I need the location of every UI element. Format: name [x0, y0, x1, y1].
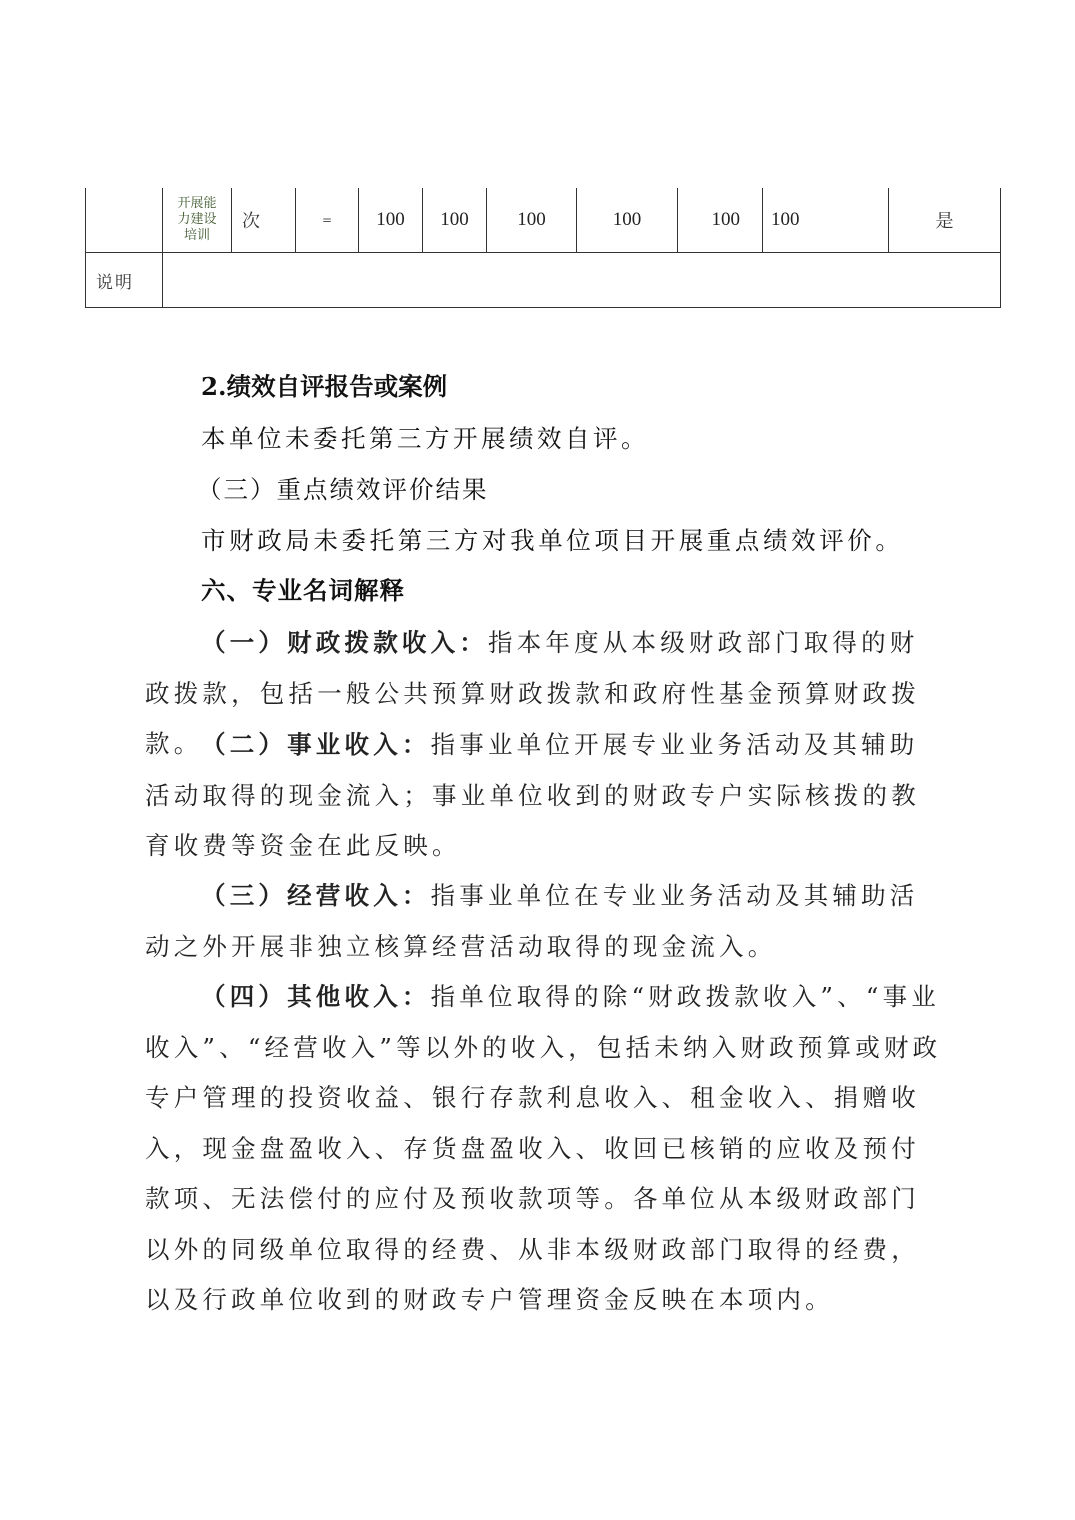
performance-table: 开展能 力建设 培训 次 = 100 100 100 100 100 100 是… [85, 188, 1001, 308]
glossary-item: （二）事业收入：指事业单位开展专业业务活动及其辅助活动取得的现金流入；事业单位收… [145, 720, 945, 872]
self-eval-text: 本单位未委托第三方开展绩效自评。 [201, 420, 649, 455]
glossary-item: （三）经营收入：指事业单位在专业业务活动及其辅助活动之外开展非独立核算经营活动取… [145, 871, 945, 972]
value-cell: 100 [487, 188, 577, 253]
value-cell: 100 [423, 188, 487, 253]
key-eval-text: 市财政局未委托第三方对我单位项目开展重点绩效评价。 [201, 522, 904, 557]
section-heading-glossary: 六、专业名词解释 [201, 572, 405, 607]
indicator-cell: 开展能 力建设 培训 [163, 188, 232, 253]
empty-cell [86, 188, 163, 253]
table-row-description: 说明 [86, 253, 1001, 308]
description-value [163, 253, 1001, 308]
section-heading-self-eval: 2.绩效自评报告或案例 [201, 368, 447, 403]
section-heading-key-eval: （三）重点绩效评价结果 [197, 471, 489, 506]
achieved-cell: 是 [889, 188, 1001, 253]
table-row: 开展能 力建设 培训 次 = 100 100 100 100 100 100 是 [86, 188, 1001, 253]
operator-cell: = [296, 188, 359, 253]
unit-cell: 次 [232, 188, 296, 253]
value-cell: 100 [577, 188, 678, 253]
value-cell: 100 [678, 188, 763, 253]
glossary-item: （四）其他收入：指单位取得的除“财政拨款收入”、“事业收入”、“经营收入”等以外… [145, 972, 945, 1326]
value-cell: 100 [359, 188, 423, 253]
value-cell: 100 [763, 188, 889, 253]
description-label: 说明 [86, 253, 163, 308]
